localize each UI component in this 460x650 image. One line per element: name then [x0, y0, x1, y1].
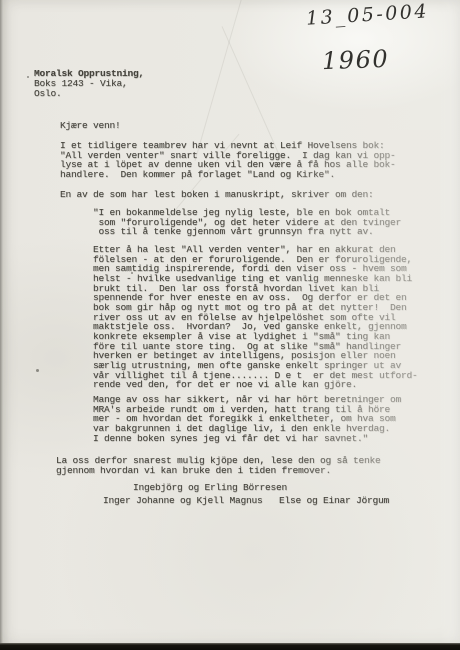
- scan-edge-left: [0, 0, 3, 650]
- quote-paragraph-1: "I en bokanmeldelse jeg nylig leste, ble…: [93, 208, 401, 237]
- scan-edge-bottom: [0, 643, 460, 650]
- paragraph-intro: I et tidligere teambrev har vi nevnt at …: [60, 141, 396, 180]
- signature-line-1: Ingebjörg og Erling Börresen: [133, 483, 287, 493]
- handwritten-archive-code: 13_05-004: [305, 0, 429, 29]
- ink-speck: [27, 76, 29, 78]
- sender-city: Oslo.: [34, 89, 62, 99]
- scanned-letter-page: 13_05-004 1960 Moralsk Opprustning, Boks…: [0, 0, 460, 650]
- quote-paragraph-3: Mange av oss har sikkert, når vi har hör…: [93, 395, 401, 443]
- ink-speck: [36, 369, 39, 372]
- closing-paragraph: La oss derfor snarest mulig kjöpe den, l…: [56, 456, 381, 475]
- handwritten-year: 1960: [322, 45, 390, 75]
- paragraph-lead-in: En av de som har lest boken i manuskript…: [60, 190, 374, 200]
- salutation: Kjære venn!: [60, 121, 121, 131]
- signature-line-2: Inger Johanne og Kjell Magnus Else og Ei…: [103, 496, 389, 506]
- quote-paragraph-2: Etter å ha lest "All verden venter", har…: [93, 245, 418, 390]
- ink-speck: [131, 272, 133, 274]
